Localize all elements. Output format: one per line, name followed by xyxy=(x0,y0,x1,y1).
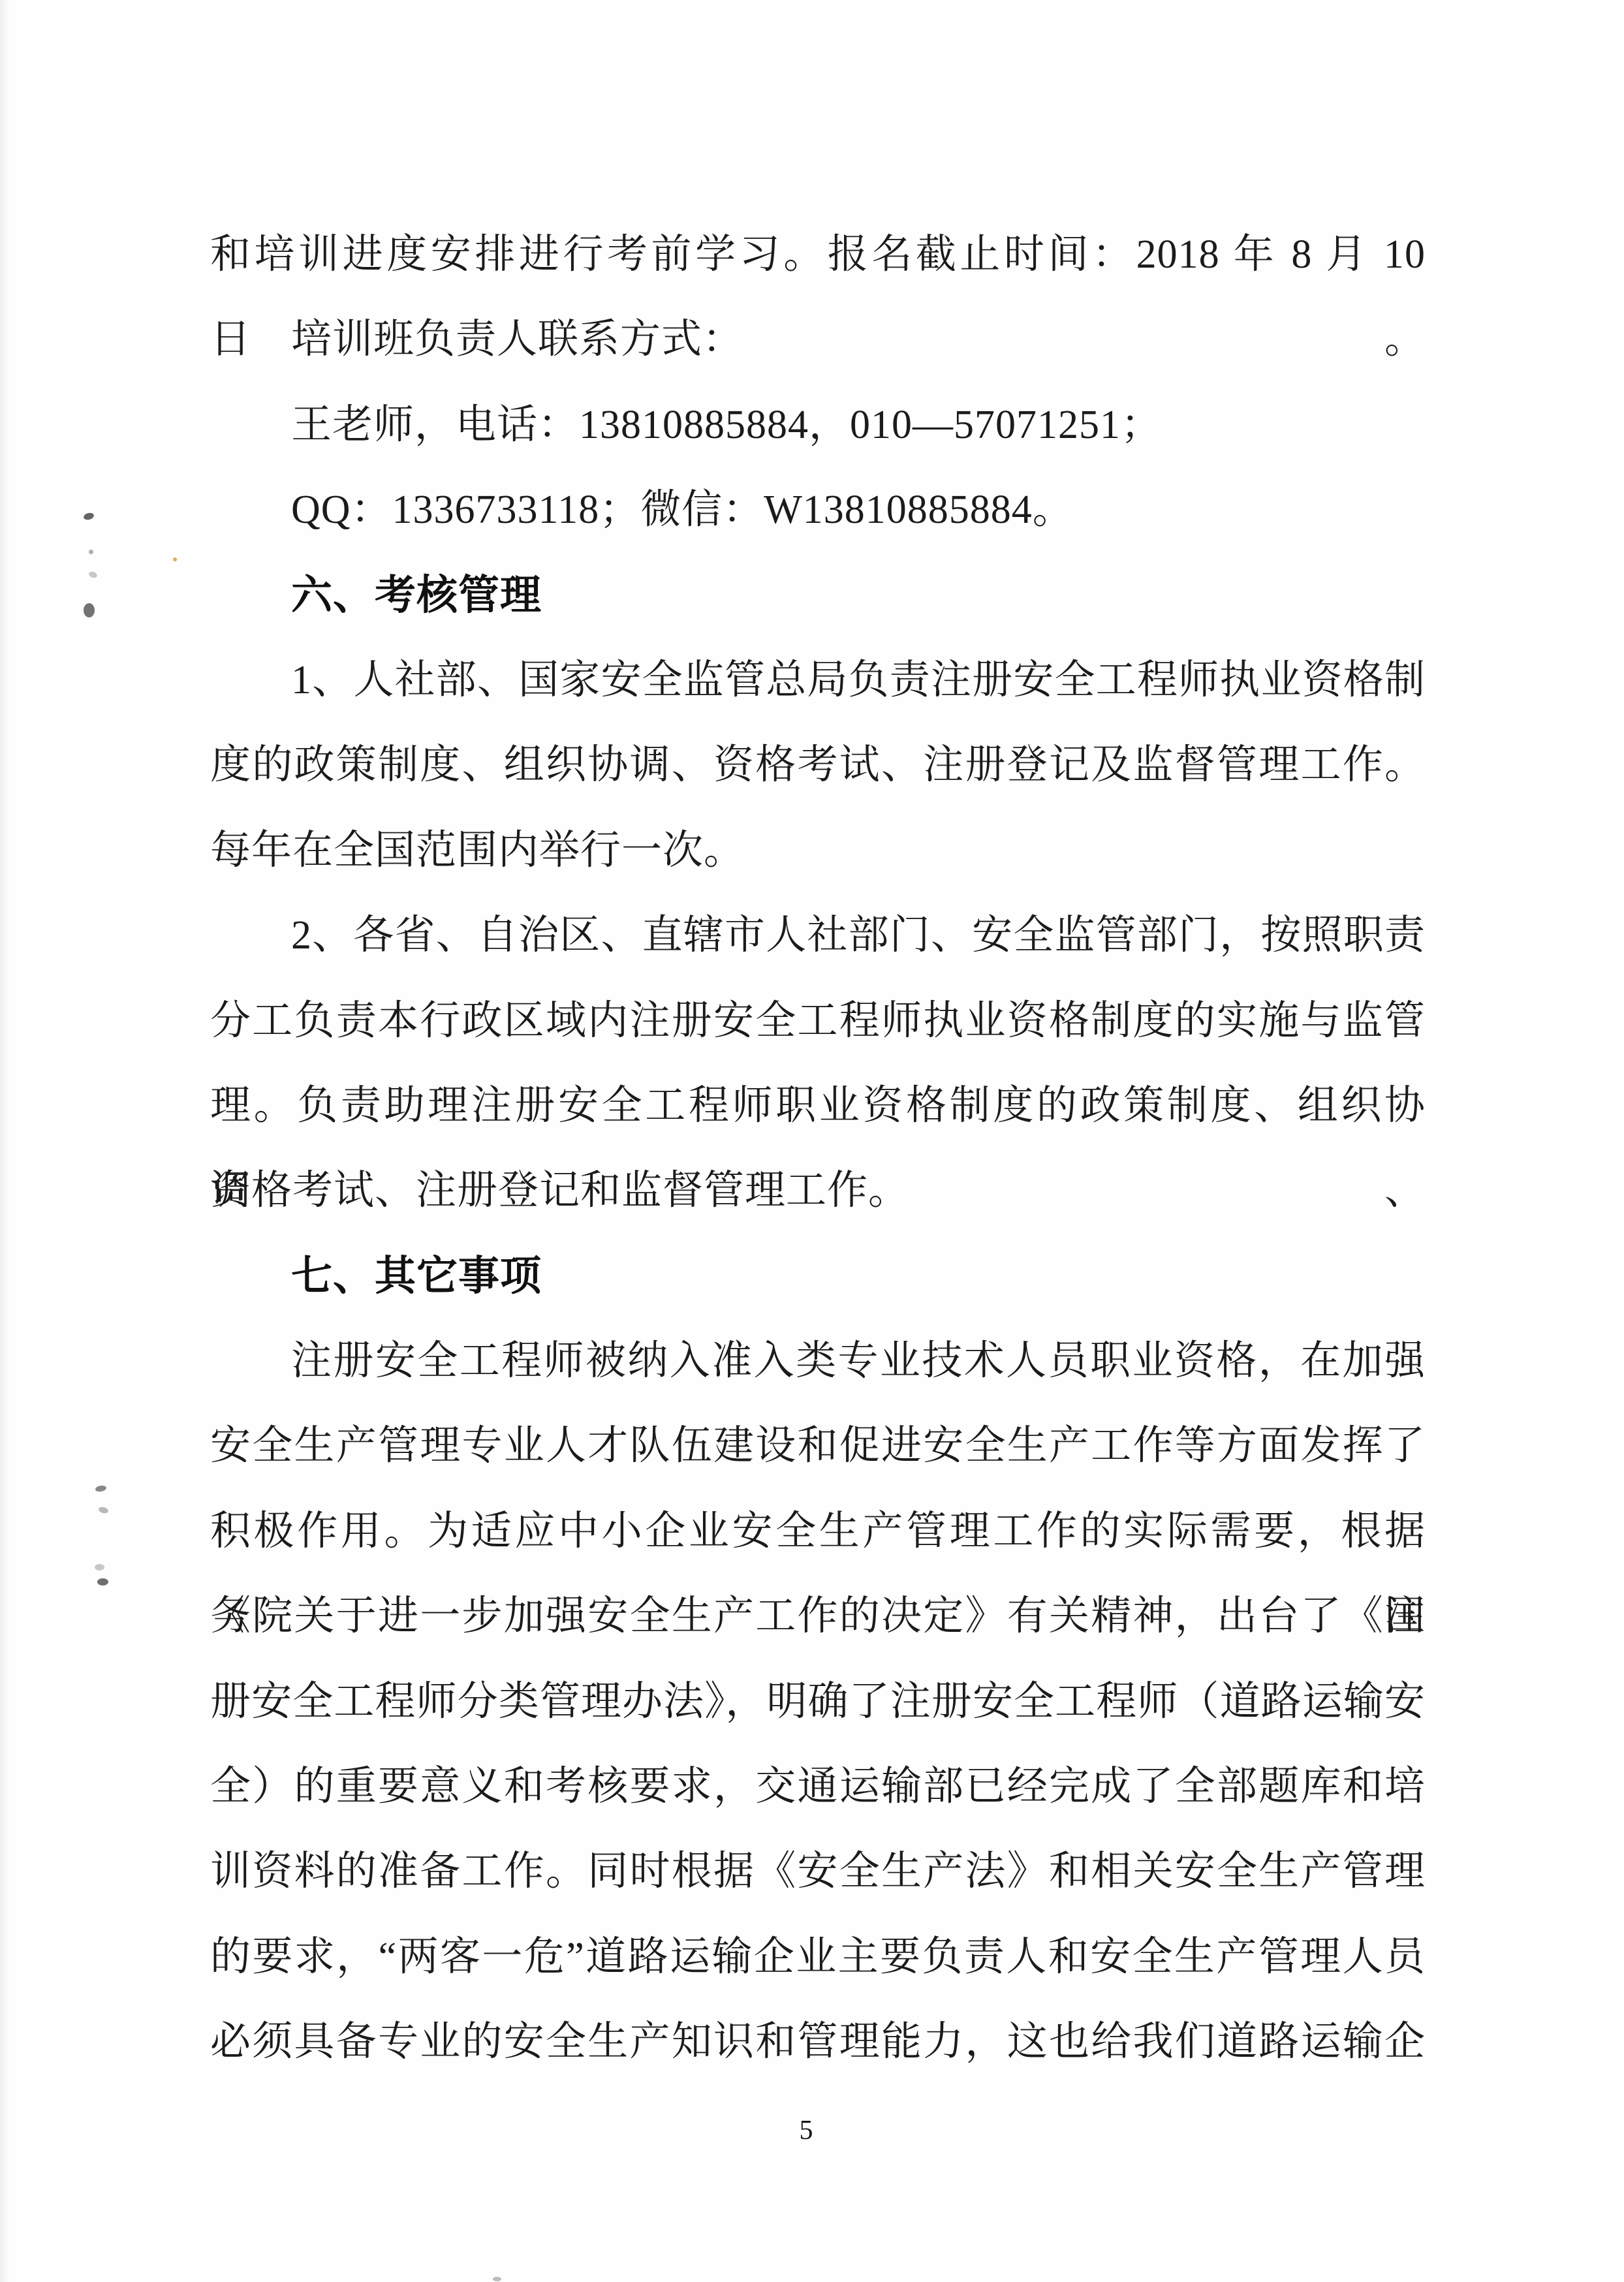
text-line: 必须具备专业的安全生产知识和管理能力，这也给我们道路运输企 xyxy=(210,1999,1426,2084)
scan-speck xyxy=(97,1578,108,1586)
text-line: 1、人社部、国家安全监管总局负责注册安全工程师执业资格制 xyxy=(210,638,1426,723)
text-line: 度的政策制度、组织协调、资格考试、注册登记及监督管理工作。 xyxy=(210,723,1426,807)
text-line: 2、各省、自治区、直辖市人社部门、安全监管部门，按照职责 xyxy=(210,893,1426,978)
scan-speck xyxy=(95,1485,106,1493)
text-line: 理。负责助理注册安全工程师职业资格制度的政策制度、组织协调、 xyxy=(210,1063,1426,1148)
scan-speck xyxy=(84,603,95,617)
page-number: 5 xyxy=(0,2111,1612,2150)
scan-speck xyxy=(173,557,177,561)
scan-speck xyxy=(98,1506,109,1514)
section-heading: 七、其它事项 xyxy=(210,1234,1426,1319)
text-line: 册安全工程师分类管理办法》，明确了注册安全工程师（道路运输安 xyxy=(210,1659,1426,1744)
text-line: 积极作用。为适应中小企业安全生产管理工作的实际需要，根据《国 xyxy=(210,1489,1426,1574)
text-line: 全）的重要意义和考核要求，交通运输部已经完成了全部题库和培 xyxy=(210,1744,1426,1829)
scan-speck xyxy=(88,570,98,579)
text-line: 分工负责本行政区域内注册安全工程师执业资格制度的实施与监管 xyxy=(210,978,1426,1063)
text-line: 的要求，“两客一危”道路运输企业主要负责人和安全生产管理人员 xyxy=(210,1915,1426,1999)
document-body: 和培训进度安排进行考前学习。报名截止时间：2018 年 8 月 10 日。培训班… xyxy=(210,212,1426,2085)
scan-edge-shadow xyxy=(0,0,9,2282)
scan-speck xyxy=(89,550,93,554)
text-line: 训资料的准备工作。同时根据《安全生产法》和相关安全生产管理 xyxy=(210,1829,1426,1914)
scan-speck xyxy=(83,512,95,521)
text-line: 王老师，电话：13810885884，010—57071251； xyxy=(210,383,1426,467)
text-line: 每年在全国范围内举行一次。 xyxy=(210,808,1426,893)
text-line: 和培训进度安排进行考前学习。报名截止时间：2018 年 8 月 10 日。 xyxy=(210,212,1426,297)
section-heading: 六、考核管理 xyxy=(210,553,1426,638)
text-line: 务院关于进一步加强安全生产工作的决定》有关精神，出台了《注 xyxy=(210,1574,1426,1659)
text-line: QQ：1336733118；微信：W13810885884。 xyxy=(210,467,1426,552)
text-line: 注册安全工程师被纳入准入类专业技术人员职业资格，在加强 xyxy=(210,1319,1426,1403)
scan-speck xyxy=(95,1564,104,1571)
scanned-document-page: 和培训进度安排进行考前学习。报名截止时间：2018 年 8 月 10 日。培训班… xyxy=(0,0,1624,2282)
text-line: 安全生产管理专业人才队伍建设和促进安全生产工作等方面发挥了 xyxy=(210,1403,1426,1488)
scan-speck xyxy=(493,2277,501,2281)
